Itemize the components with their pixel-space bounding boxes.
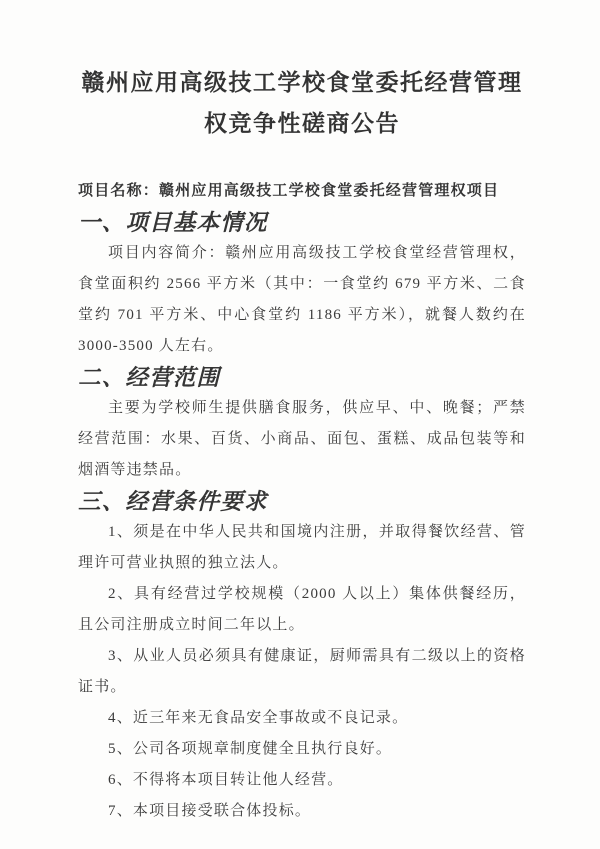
document-body: 项目名称：赣州应用高级技工学校食堂委托经营管理权项目 一、项目基本情况 项目内容… xyxy=(78,176,526,827)
condition-item-3: 3、从业人员必须具有健康证，厨师需具有二级以上的资格证书。 xyxy=(78,641,526,703)
condition-item-6: 6、不得将本项目转让他人经营。 xyxy=(78,765,526,796)
project-intro-paragraph: 项目内容简介：赣州应用高级技工学校食堂经营管理权，食堂面积约 2566 平方米（… xyxy=(78,238,526,362)
project-name-line: 项目名称：赣州应用高级技工学校食堂委托经营管理权项目 xyxy=(78,176,526,207)
condition-item-7: 7、本项目接受联合体投标。 xyxy=(78,796,526,827)
condition-item-4: 4、近三年来无食品安全事故或不良记录。 xyxy=(78,703,526,734)
condition-item-1: 1、须是在中华人民共和国境内注册，并取得餐饮经营、管理许可营业执照的独立法人。 xyxy=(78,517,526,579)
condition-item-5: 5、公司各项规章制度健全且执行良好。 xyxy=(78,734,526,765)
document-title: 赣州应用高级技工学校食堂委托经营管理权竞争性磋商公告 xyxy=(78,62,526,144)
section-heading-basic-info: 一、项目基本情况 xyxy=(78,207,526,238)
condition-item-2: 2、具有经营过学校规模（2000 人以上）集体供餐经历，且公司注册成立时间二年以… xyxy=(78,579,526,641)
section-heading-business-scope: 二、经营范围 xyxy=(78,362,526,393)
section-heading-operating-conditions: 三、经营条件要求 xyxy=(78,486,526,517)
document-page: 赣州应用高级技工学校食堂委托经营管理权竞争性磋商公告 项目名称：赣州应用高级技工… xyxy=(0,0,600,849)
business-scope-paragraph: 主要为学校师生提供膳食服务，供应早、中、晚餐；严禁经营范围：水果、百货、小商品、… xyxy=(78,393,526,486)
